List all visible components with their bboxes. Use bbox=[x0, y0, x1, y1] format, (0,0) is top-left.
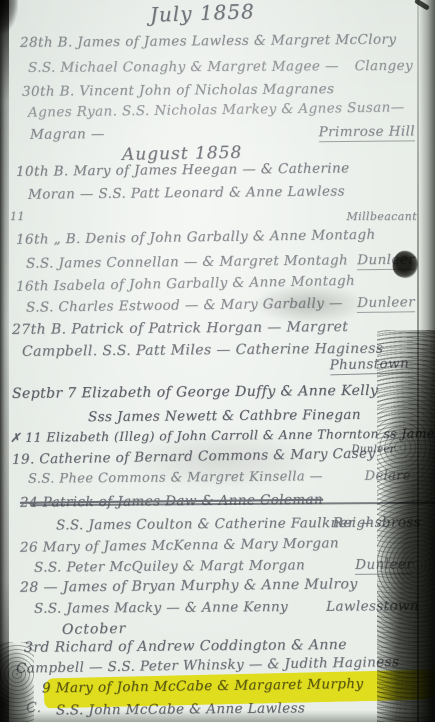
register-line: S.S. James Coulton & Catherine Faulkner … bbox=[0, 514, 423, 534]
register-line-text: S.S. Charles Estwood — & Mary Garbally — bbox=[26, 295, 343, 315]
heading-july-1858: July 1858 bbox=[0, 0, 423, 32]
register-line: 24 Patrick of James Daw & Anne Coleman bbox=[0, 491, 423, 511]
register-line-text: 11 bbox=[10, 210, 25, 223]
register-line: 28th B. James of James Lawless & Margret… bbox=[0, 31, 423, 51]
register-line-text: ✗ 11 Elizabeth (Illeg) of John Carroll &… bbox=[10, 425, 435, 445]
register-line: S.S. Peter McQuiley & Margt MorganDunlee… bbox=[0, 556, 423, 576]
heading-october: October bbox=[0, 616, 423, 639]
register-line-text: 28 — James of Bryan Murphy & Anne Mulroy bbox=[20, 576, 358, 596]
place-name: Dunleer bbox=[357, 252, 415, 271]
register-line: S.S. James Connellan — & Margret Montagh… bbox=[0, 252, 423, 272]
register-line: 10th B. Mary of James Heegan — & Catheri… bbox=[0, 160, 423, 180]
register-line: S.S. Michael Conaghy & Margret Magee —Cl… bbox=[0, 58, 423, 76]
register-line-text: 27th B. Patrick of Patrick Horgan — Marg… bbox=[12, 319, 348, 338]
register-line-text: 28th B. James of James Lawless & Margret… bbox=[20, 32, 396, 51]
register-line: 3rd Richard of Andrew Coddington & Anne bbox=[0, 636, 423, 656]
register-lines: July 185828th B. James of James Lawless … bbox=[0, 0, 435, 722]
place-name: Phunstown bbox=[329, 355, 409, 375]
register-line-text: Sss James Newett & Cathbre Finegan bbox=[88, 407, 361, 425]
register-line-text: Septbr 7 Elizabeth of George Duffy & Ann… bbox=[12, 383, 378, 402]
place-name: Millbeacant bbox=[346, 210, 417, 223]
register-line-text: October bbox=[62, 621, 127, 638]
register-line-text: 3rd Richard of Andrew Coddington & Anne bbox=[24, 637, 347, 656]
register-line: ✗ 11 Elizabeth (Illeg) of John Carroll &… bbox=[0, 426, 423, 445]
register-line: 19. Catherine of Bernard Commons & Mary … bbox=[0, 445, 423, 468]
place-name: Reighsbross bbox=[333, 514, 421, 531]
register-line: Moran — S.S. Patt Leonard & Anne Lawless bbox=[0, 183, 423, 203]
register-line: S.S. James Macky — & Anne KennyLawlessto… bbox=[0, 598, 423, 617]
register-line: S.S. Phee Commons & Margret Kinsella —De… bbox=[0, 468, 423, 487]
register-line-text: S.S. Michael Conaghy & Margret Magee — bbox=[28, 58, 339, 76]
register-line: 27th B. Patrick of Patrick Horgan — Marg… bbox=[0, 318, 423, 338]
register-line-text: July 1858 bbox=[149, 0, 255, 27]
register-line-text: 24 Patrick of James Daw & Anne Coleman bbox=[20, 492, 323, 511]
register-line-text: Moran — S.S. Patt Leonard & Anne Lawless bbox=[28, 183, 345, 202]
register-line-text: S.S. Peter McQuiley & Margt Morgan bbox=[34, 557, 305, 575]
register-line-text: S.S. James Connellan — & Margret Montagh bbox=[26, 252, 348, 271]
register-line-text: Magran — bbox=[30, 126, 105, 143]
register-line-text: S.S. James Coulton & Catherine Faulkner … bbox=[56, 515, 374, 534]
register-line-text: 26 Mary of James McKenna & Mary Morgan bbox=[20, 535, 339, 555]
place-name: Delare bbox=[365, 468, 411, 483]
register-line: 16th „ B. Denis of John Garbally & Anne … bbox=[0, 226, 423, 248]
register-line: 16th Isabela of John Garbally & Anne Mon… bbox=[0, 272, 423, 295]
register-line: 26 Mary of James McKenna & Mary Morgan bbox=[0, 534, 423, 556]
register-line-text: C. bbox=[26, 700, 41, 716]
register-line-text: 10th B. Mary of James Heegan — & Catheri… bbox=[16, 160, 350, 179]
place-name: Dunleer bbox=[357, 294, 415, 313]
place-name: Lawlesstown bbox=[326, 598, 419, 615]
register-line-text: S.S. James Macky — & Anne Kenny bbox=[34, 599, 288, 617]
register-line: Sss James Newett & Cathbre Finegan bbox=[0, 406, 423, 426]
register-line: 11Millbeacant bbox=[0, 210, 423, 223]
register-line-text: 30th B. Vincent John of Nicholas Magrane… bbox=[22, 81, 334, 100]
place-name: Dunleer bbox=[355, 556, 413, 575]
register-line: S.S. Charles Estwood — & Mary Garbally —… bbox=[0, 294, 423, 316]
register-line-text: Agnes Ryan. S.S. Nicholas Markey & Agnes… bbox=[28, 99, 405, 120]
register-line: 28 — James of Bryan Murphy & Anne Mulroy bbox=[0, 576, 423, 596]
register-line: Agnes Ryan. S.S. Nicholas Markey & Agnes… bbox=[0, 99, 423, 121]
scanned-register-page: July 185828th B. James of James Lawless … bbox=[0, 0, 435, 722]
register-line: 30th B. Vincent John of Nicholas Magrane… bbox=[0, 80, 423, 100]
register-line-text: S.S. Phee Commons & Margret Kinsella — bbox=[28, 469, 323, 487]
register-line-text: 16th Isabela of John Garbally & Anne Mon… bbox=[16, 273, 355, 295]
place-name: Clangey bbox=[355, 58, 414, 74]
register-line-text: 16th „ B. Denis of John Garbally & Anne … bbox=[16, 227, 376, 248]
register-line: Septbr 7 Elizabeth of George Duffy & Ann… bbox=[0, 382, 423, 402]
register-line-text: 19. Catherine of Bernard Commons & Mary … bbox=[12, 445, 376, 467]
